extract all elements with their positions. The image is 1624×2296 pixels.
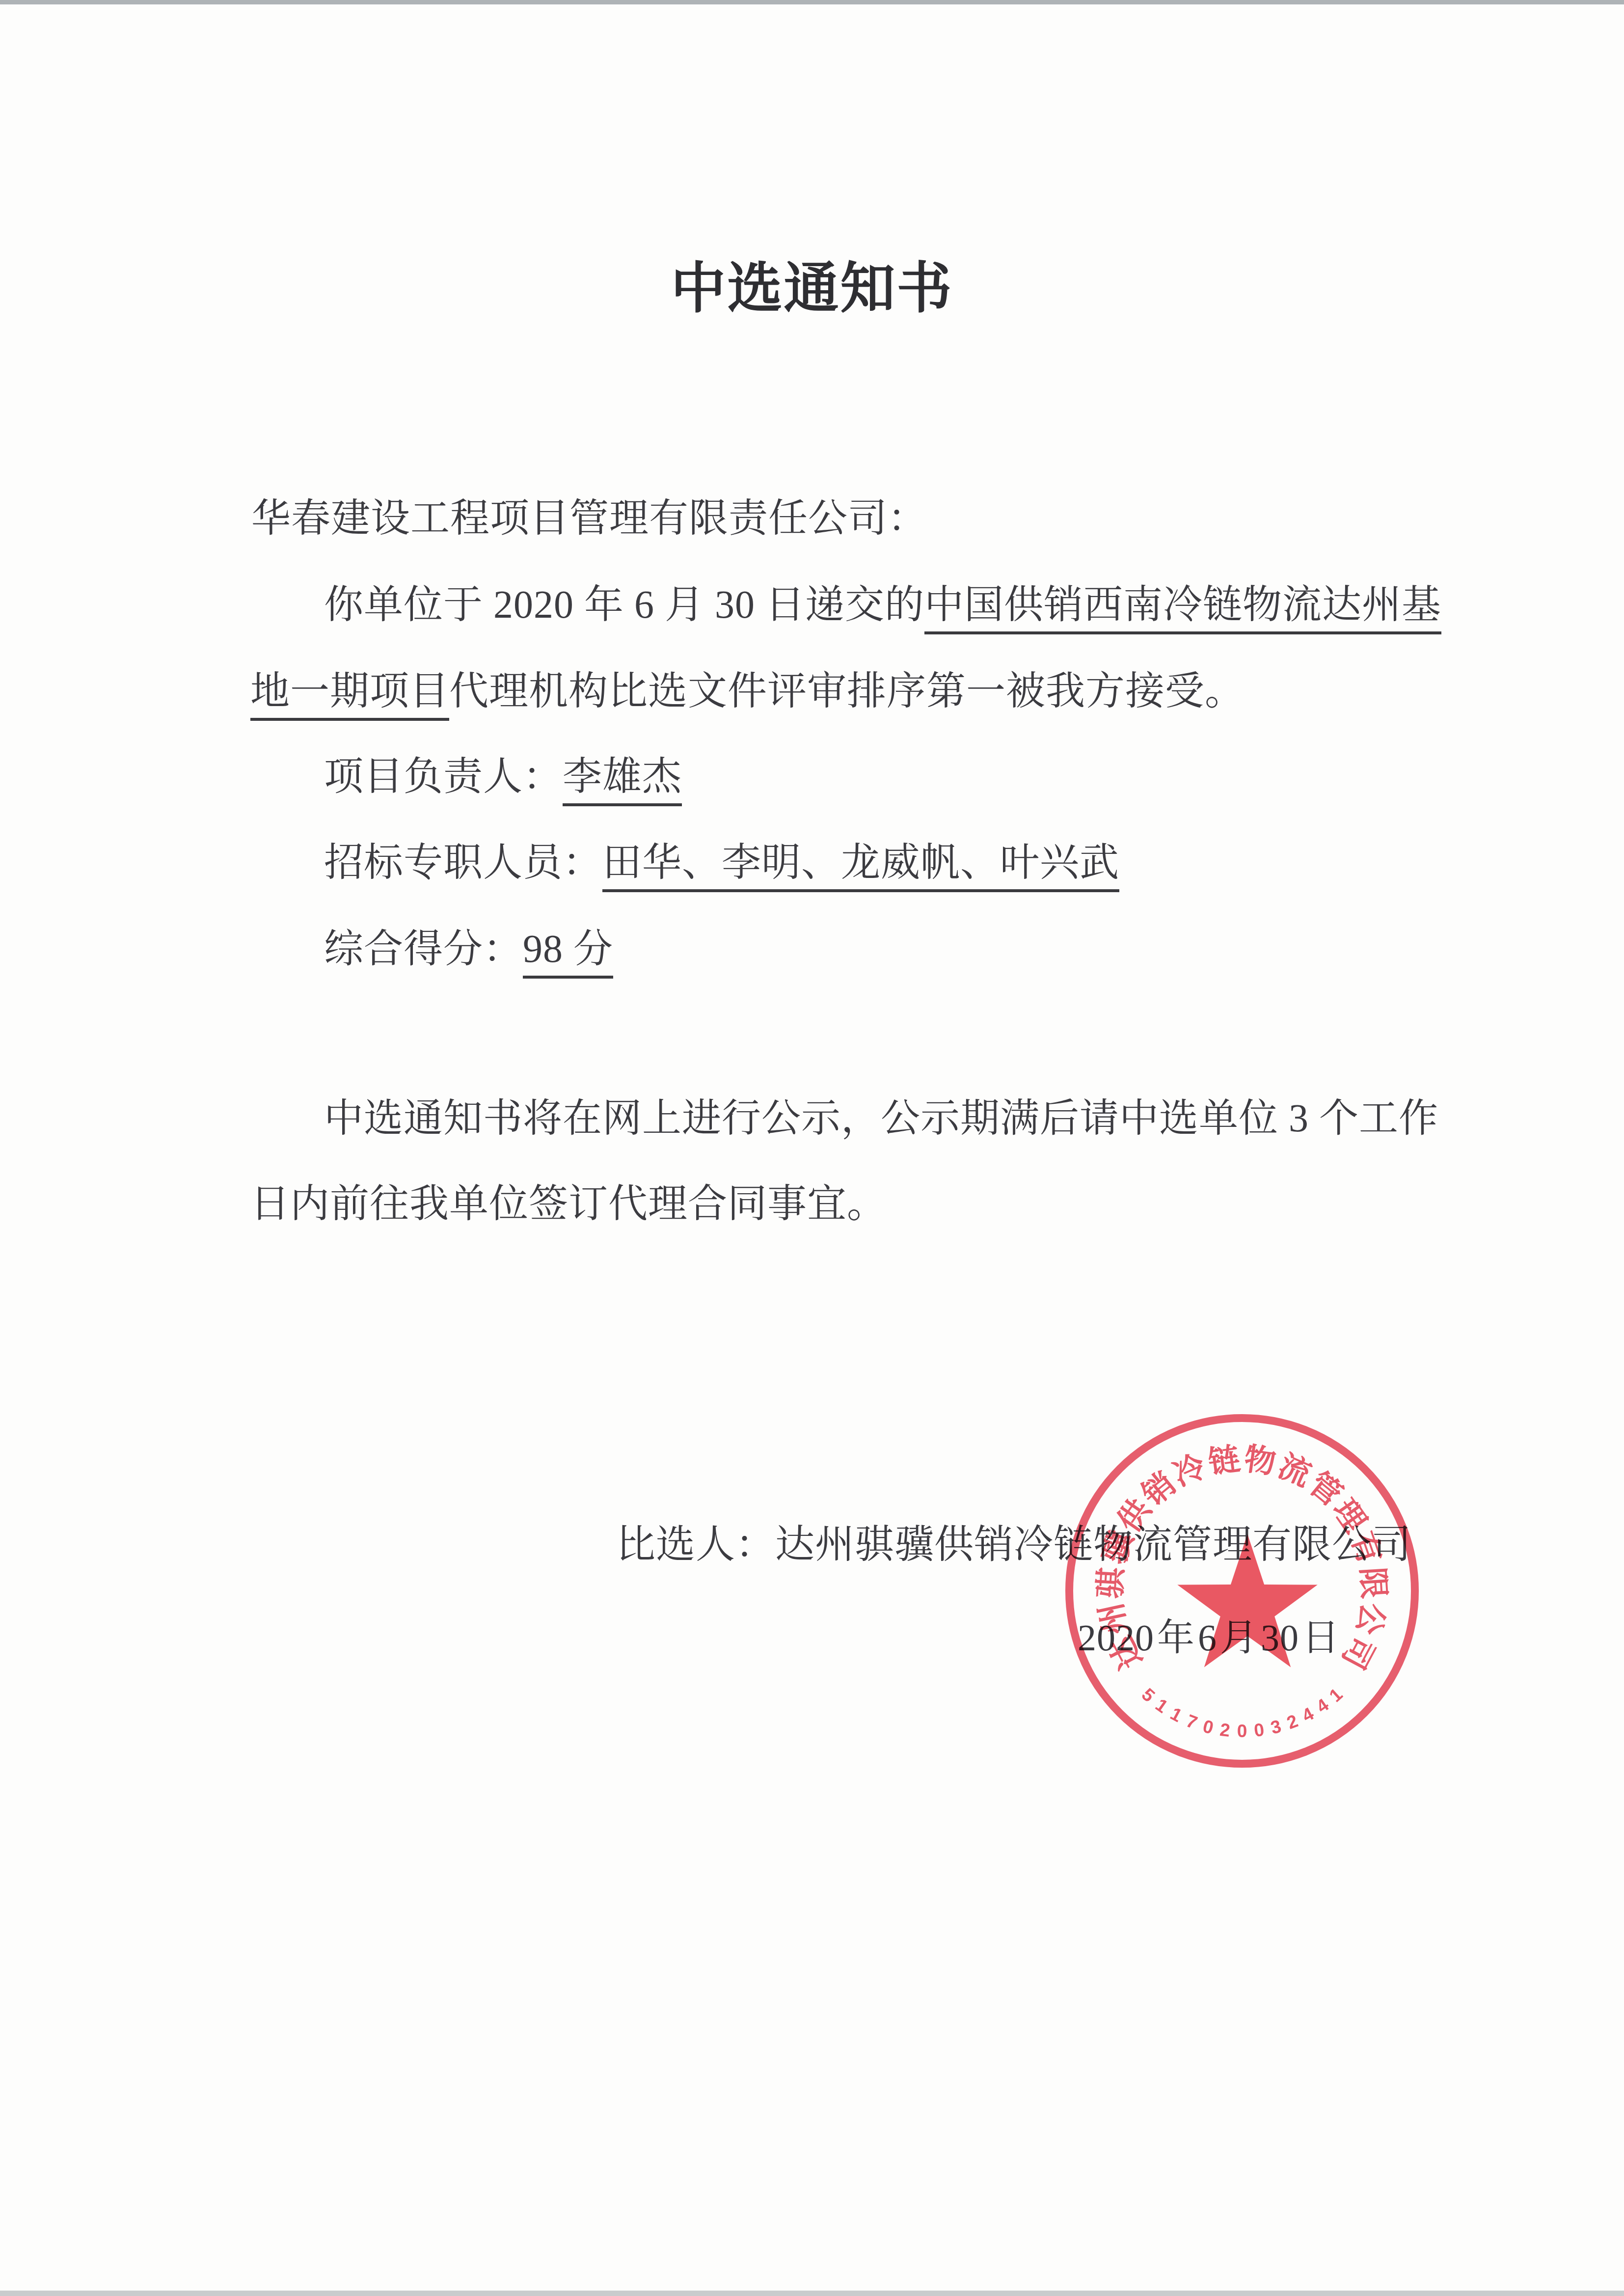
p1-line2-text: 代理机构比选文件评审排序第一被我方接受。 [449, 670, 1245, 713]
p1-line1-text: 你单位于 2020 年 6 月 30 日递交的 [324, 583, 924, 627]
svg-text:公: 公 [1350, 1600, 1391, 1638]
score-value: 98 分 [523, 928, 613, 979]
svg-text:0: 0 [1201, 1716, 1216, 1738]
svg-text:流: 流 [1273, 1449, 1316, 1493]
selector-signature-line: 比选人：达州骐骥供销冷链物流管理有限公司 [616, 1525, 1411, 1564]
scan-artifact-top-edge [0, 0, 1624, 4]
svg-text:司: 司 [1335, 1631, 1381, 1675]
score-line: 综合得分：98 分 [324, 929, 613, 969]
company-seal-stamp: 达州骐骥供销冷链物流管理有限公司 5117020032441 [1056, 1404, 1429, 1777]
signature-date: 2020 年 6 月 30 日 [1078, 1619, 1340, 1657]
bidding-staff-label: 招标专职人员： [324, 841, 602, 884]
seal-outer-ring [1069, 1418, 1415, 1764]
svg-text:1: 1 [1167, 1703, 1185, 1726]
svg-text:管: 管 [1302, 1466, 1349, 1512]
p1-line1-project-name-underlined: 中国供销西南冷链物流达州基 [924, 583, 1441, 634]
recipient-line: 华春建设工程项目管理有限责任公司： [251, 499, 927, 538]
score-label: 综合得分： [324, 928, 523, 971]
bidding-staff-line: 招标专职人员：田华、李明、龙威帆、叶兴武 [324, 843, 1119, 882]
p1-line2-project-name-underlined: 地一期项目 [250, 670, 449, 721]
scan-artifact-bottom-edge [0, 2291, 1624, 2296]
svg-text:0: 0 [1237, 1721, 1247, 1741]
paragraph1-line2: 地一期项目代理机构比选文件评审排序第一被我方接受。 [250, 672, 1245, 711]
svg-text:销: 销 [1136, 1466, 1182, 1512]
svg-text:链: 链 [1206, 1441, 1242, 1480]
svg-text:限: 限 [1355, 1566, 1392, 1600]
svg-text:3: 3 [1269, 1716, 1283, 1738]
svg-text:0: 0 [1253, 1720, 1265, 1741]
scanned-document-page: 中选通知书 华春建设工程项目管理有限责任公司： 你单位于 2020 年 6 月 … [0, 0, 1624, 2296]
svg-text:1: 1 [1152, 1695, 1171, 1717]
recipient-name: 华春建设工程项目管理有限责任公司： [251, 497, 927, 540]
project-manager-label: 项目负责人： [324, 755, 563, 798]
svg-text:7: 7 [1184, 1711, 1200, 1733]
svg-text:1: 1 [1326, 1684, 1347, 1706]
paragraph2-line2: 日内前往我单位签订代理合同事宜。 [250, 1184, 887, 1224]
seal-registration-number-arc: 5117020032441 [1138, 1684, 1347, 1741]
project-manager-name: 李雄杰 [563, 755, 682, 806]
svg-text:4: 4 [1313, 1695, 1333, 1717]
svg-text:骐: 骐 [1093, 1566, 1130, 1600]
paragraph2-line1: 中选通知书将在网上进行公示，公示期满后请中选单位 3 个工作 [324, 1099, 1438, 1138]
svg-text:2: 2 [1284, 1711, 1300, 1733]
document-title: 中选通知书 [671, 245, 953, 324]
selector-label: 比选人： [616, 1523, 775, 1566]
paragraph1-line1: 你单位于 2020 年 6 月 30 日递交的中国供销西南冷链物流达州基 [324, 585, 1441, 625]
svg-text:5: 5 [1138, 1684, 1159, 1706]
bidding-staff-names: 田华、李明、龙威帆、叶兴武 [602, 841, 1119, 892]
svg-text:冷: 冷 [1168, 1449, 1211, 1493]
selector-company-name: 达州骐骥供销冷链物流管理有限公司 [775, 1523, 1411, 1566]
project-manager-line: 项目负责人：李雄杰 [324, 757, 682, 796]
svg-text:2: 2 [1218, 1720, 1231, 1741]
svg-text:物: 物 [1242, 1441, 1278, 1480]
svg-text:4: 4 [1299, 1703, 1317, 1726]
